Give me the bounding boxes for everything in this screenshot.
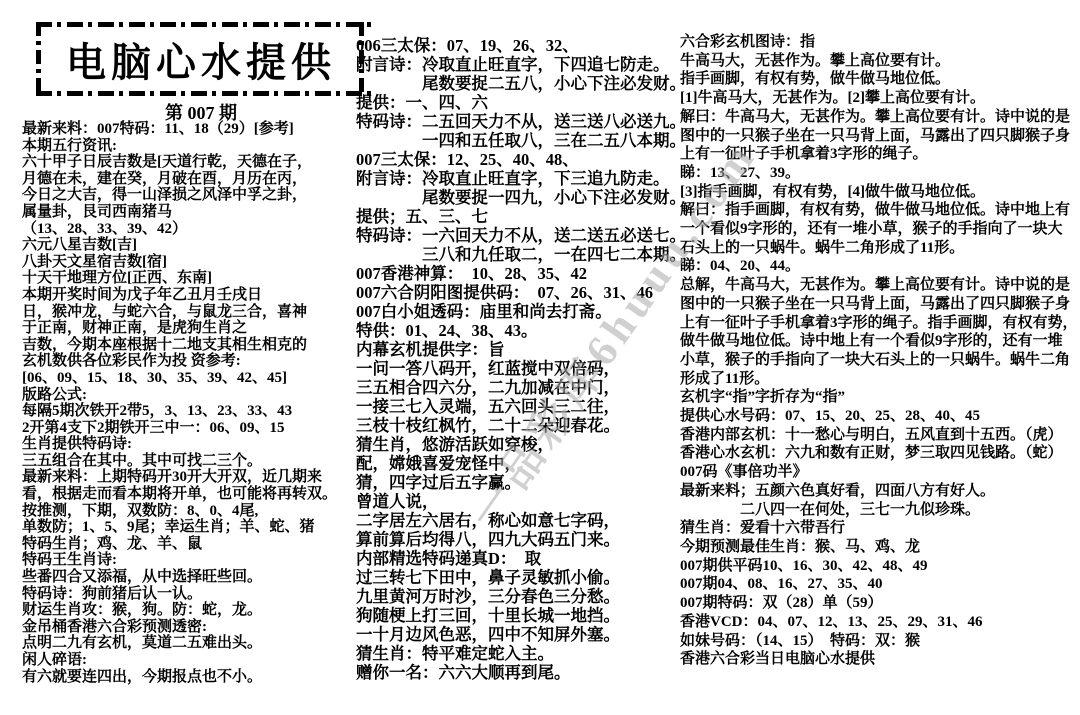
text-line: 006三太保：07、19、26、32、 <box>356 36 678 55</box>
text-line: 二字居左六居右，称心如意七字码， <box>356 511 678 530</box>
text-line: 特供：01、24、38、43。 <box>356 321 678 340</box>
text-line: 三五组合在其中。其中可找二三个。 <box>22 453 358 470</box>
text-line: 提供心水号码：07、15、20、25、28、40、45 <box>680 407 1066 426</box>
text-line: 玄机字“指”字折存为“指” <box>680 388 1066 407</box>
text-line: 附言诗：冷取直止旺直字，下四追七防走。 <box>356 55 678 74</box>
text-line: 睇：04、20、44。 <box>680 257 1066 276</box>
text-line: 2开第4支下2期铁开三中一：06、09、15 <box>22 420 358 437</box>
text-line: 八卦天文星宿吉数[宿] <box>22 254 358 271</box>
text-line: 赠你一名：六六大顺再到尾。 <box>356 663 678 682</box>
text-line: 金吊桶香港六合彩预测透密: <box>22 619 358 636</box>
text-line: 猜生肖，悠游活跃如穿梭， <box>356 435 678 454</box>
text-line: 总解，牛高马大，无甚作为。攀上高位要有计。诗中说的是 <box>680 276 1066 295</box>
text-line: 尾数要捉一四九，小心下注必发财。 <box>356 188 678 207</box>
text-line: 尾数要捉二五八，小心下注必发财。 <box>356 74 678 93</box>
text-line: 睇：13、27、39。 <box>680 164 1066 183</box>
lottery-tip-sheet: 电脑心水提供 第 007 期 最新来料：007特码：11、18（29）[参考]本… <box>0 0 1080 715</box>
text-line: 提供；五、三、七 <box>356 207 678 226</box>
text-line: 九里黄河万时沙，三分春色三分愁。 <box>356 587 678 606</box>
text-line: 有六就要连四出，今期报点也不小。 <box>22 669 358 686</box>
text-line: 猜生肖：特平难定蛇入主。 <box>356 644 678 663</box>
text-line: 解曰：牛高马大，无甚作为。攀上高位要有计。诗中说的是 <box>680 108 1066 127</box>
text-line: 猜生肖：爱看十六带吾行 <box>680 519 1066 538</box>
right-column: 六合彩玄机图诗：指牛高马大，无甚作为。攀上高位要有计。指手画脚，有权有势，做牛做… <box>680 33 1066 669</box>
text-line: 看，根据走而看本期将开单，也可能将再转双。 <box>22 486 358 503</box>
text-line: 内部精选特码递真D： 取 <box>356 549 678 568</box>
text-line: 石头上的一只蜗牛。蜗牛二角形成了11形。 <box>680 239 1066 258</box>
text-line: 十天干地理方位[正西、东南] <box>22 270 358 287</box>
text-line: 属量卦，艮司西南猪马 <box>22 204 358 221</box>
page-title: 电脑心水提供 <box>66 31 336 88</box>
text-line: 本期开奖时间为戊子年乙丑月壬戌日 <box>22 287 358 304</box>
text-line: 香港六合彩当日电脑心水提供 <box>680 650 1066 669</box>
text-line: 过三转七下田中，鼻子灵敏抓小偷。 <box>356 568 678 587</box>
text-line: 算前算后均得八，四九大码五门来。 <box>356 530 678 549</box>
text-line: 007三太保：12、25、40、48、 <box>356 150 678 169</box>
text-line: 如妹号码：（14、15） 特码：双：猴 <box>680 632 1066 651</box>
text-line: 点明二九有玄机，莫道二五难出头。 <box>22 635 358 652</box>
text-line: 附言诗：冷取直止旺直字，下三追九防走。 <box>356 169 678 188</box>
text-line: 今日之大吉，得一山泽损之风泽中孚之卦， <box>22 187 358 204</box>
text-line: 007码《事倍功半》 <box>680 463 1066 482</box>
text-line: 解曰：指手画脚，有权有势，做牛做马地位低。诗中地上有 <box>680 201 1066 220</box>
text-line: 特码诗：一六回天力不从，送二送五必送七。 <box>356 226 678 245</box>
text-line: 三八和九任取二，一在四七二本期。 <box>356 245 678 264</box>
text-line: 特码诗：狗前猪后认一认。 <box>22 586 358 603</box>
dash-border-top <box>36 22 372 27</box>
text-line: 牛高马大，无甚作为。攀上高位要有计。 <box>680 52 1066 71</box>
text-line: 形成了11形。 <box>680 370 1066 389</box>
text-line: 按推测，下期，双数防：8、0、4尾, <box>22 503 358 520</box>
text-line: 香港内部玄机：十一愁心与明白，五风直到十五西。（虎） <box>680 426 1066 445</box>
text-line: 007六合阴阳图提供码： 07、26、31、46 <box>356 283 678 302</box>
text-line: 特码诗：二五回天力不从，送三送八必送九。 <box>356 112 678 131</box>
text-line: （13、28、33、39、42） <box>22 221 358 238</box>
text-line: 生肖提供特码诗: <box>22 436 358 453</box>
text-line: 内幕玄机提供字：旨 <box>356 340 678 359</box>
text-line: 007白小姐透码：庙里和尚去打斋。 <box>356 302 678 321</box>
text-line: 月德在未，建在癸，月破在酉，月历在丙， <box>22 171 358 188</box>
text-line: [06、09、15、18、30、35、39、42、45] <box>22 370 358 387</box>
text-line: 版路公式: <box>22 387 358 404</box>
text-line: 香港VCD：04、07、12、13、25、29、31、46 <box>680 613 1066 632</box>
text-line: 于正南，财神正南，是虎狗生肖之 <box>22 320 358 337</box>
text-line: 做牛做马地位低。诗中地上有一个看似9字形的，还有一堆 <box>680 332 1066 351</box>
text-line: 上有一征叶子手机拿着3字形的绳子。 <box>680 145 1066 164</box>
text-line: 007香港神算： 10、28、35、42 <box>356 264 678 283</box>
text-line: 玄机数供各位彩民作为投 资参考: <box>22 353 358 370</box>
text-line: 单数防；1、5、9尾；幸运生肖；羊、蛇、猪 <box>22 519 358 536</box>
text-line: 上有一征叶子手机拿着3字形的绳子。指手画脚，有权有势， <box>680 314 1066 333</box>
text-line: 最新来料：上期特码开30开大开双，近几期来 <box>22 469 358 486</box>
left-column: 最新来料：007特码：11、18（29）[参考]本期五行资讯:六十甲子日辰吉数是… <box>22 121 358 685</box>
text-line: 一四和五任取八，三在二五八本期。 <box>356 131 678 150</box>
text-line: 特码王生肖诗: <box>22 552 358 569</box>
text-line: 二八四一在何处，三七一九似珍珠。 <box>680 501 1066 520</box>
text-line: 日，猴冲龙，与蛇六合，与鼠龙三合，喜神 <box>22 304 358 321</box>
text-line: 图中的一只猴子坐在一只马背上面，马露出了四只脚猴子身 <box>680 295 1066 314</box>
text-line: 一接三七入灵端，五六回头三二往， <box>356 397 678 416</box>
text-line: 狗随梗上打三回，十里长城一地挡。 <box>356 606 678 625</box>
text-line: 指手画脚，有权有势，做牛做马地位低。 <box>680 70 1066 89</box>
dash-border-left <box>36 22 41 96</box>
middle-column: 006三太保：07、19、26、32、附言诗：冷取直止旺直字，下四追七防走。 尾… <box>356 36 678 682</box>
text-line: [1]牛高马大，无甚作为。[2]攀上高位要有计。 <box>680 89 1066 108</box>
text-line: [3]指手画脚，有权有势，[4]做牛做马地位低。 <box>680 183 1066 202</box>
text-line: 香港心水玄机：六九和数有正财，梦三取四见钱路。（蛇） <box>680 444 1066 463</box>
text-line: 图中的一只猴子坐在一只马背上面，马露出了四只脚猴子身 <box>680 127 1066 146</box>
text-line: 007期特码：双（28）单（59） <box>680 594 1066 613</box>
text-line: 本期五行资讯: <box>22 138 358 155</box>
text-line: 提供：一、四、六 <box>356 93 678 112</box>
text-line: 一个看似9字形的，还有一堆小草，猴子的手指向了一块大 <box>680 220 1066 239</box>
text-line: 吉数，今期本座根据十二地支其相生相克的 <box>22 337 358 354</box>
text-line: 一问一答八码开，红蓝搅中双倍码， <box>356 359 678 378</box>
text-line: 闲人碎语: <box>22 652 358 669</box>
text-line: 特码生肖；鸡、龙、羊、鼠 <box>22 536 358 553</box>
text-line: 今期预测最佳生肖：猴、马、鸡、龙 <box>680 538 1066 557</box>
text-line: 曾道人说， <box>356 492 678 511</box>
text-line: 三枝十枝红枫竹，二十二朵迎春花。 <box>356 416 678 435</box>
text-line: 六元八星吉数[吉] <box>22 237 358 254</box>
text-line: 财运生肖攻：猴，狗。防：蛇，龙。 <box>22 602 358 619</box>
text-line: 007期04、08、16、27、35、40 <box>680 575 1066 594</box>
text-line: 猜，四字过后五字赢。 <box>356 473 678 492</box>
dash-border-bottom <box>36 91 372 96</box>
text-line: 配，嫦娥喜爱宠怪中， <box>356 454 678 473</box>
text-line: 一十月边风色恶，四中不知屏外塞。 <box>356 625 678 644</box>
text-line: 三五相合四六分，二九加减在中门， <box>356 378 678 397</box>
text-line: 些番四合又添福，从中选择旺些回。 <box>22 569 358 586</box>
masthead: 电脑心水提供 <box>44 24 358 94</box>
text-line: 最新来料；五颜六色真好看，四面八方有好人。 <box>680 482 1066 501</box>
text-line: 六合彩玄机图诗：指 <box>680 33 1066 52</box>
text-line: 小草，猴子的手指向了一块大石头上的一只蜗牛。蜗牛二角 <box>680 351 1066 370</box>
text-line: 每隔5期次铁开2带5，3、13、23、33、43 <box>22 403 358 420</box>
text-line: 最新来料：007特码：11、18（29）[参考] <box>22 121 358 138</box>
text-line: 六十甲子日辰吉数是[天道行乾，天德在子， <box>22 154 358 171</box>
text-line: 007期供平码10、16、30、42、48、49 <box>680 557 1066 576</box>
